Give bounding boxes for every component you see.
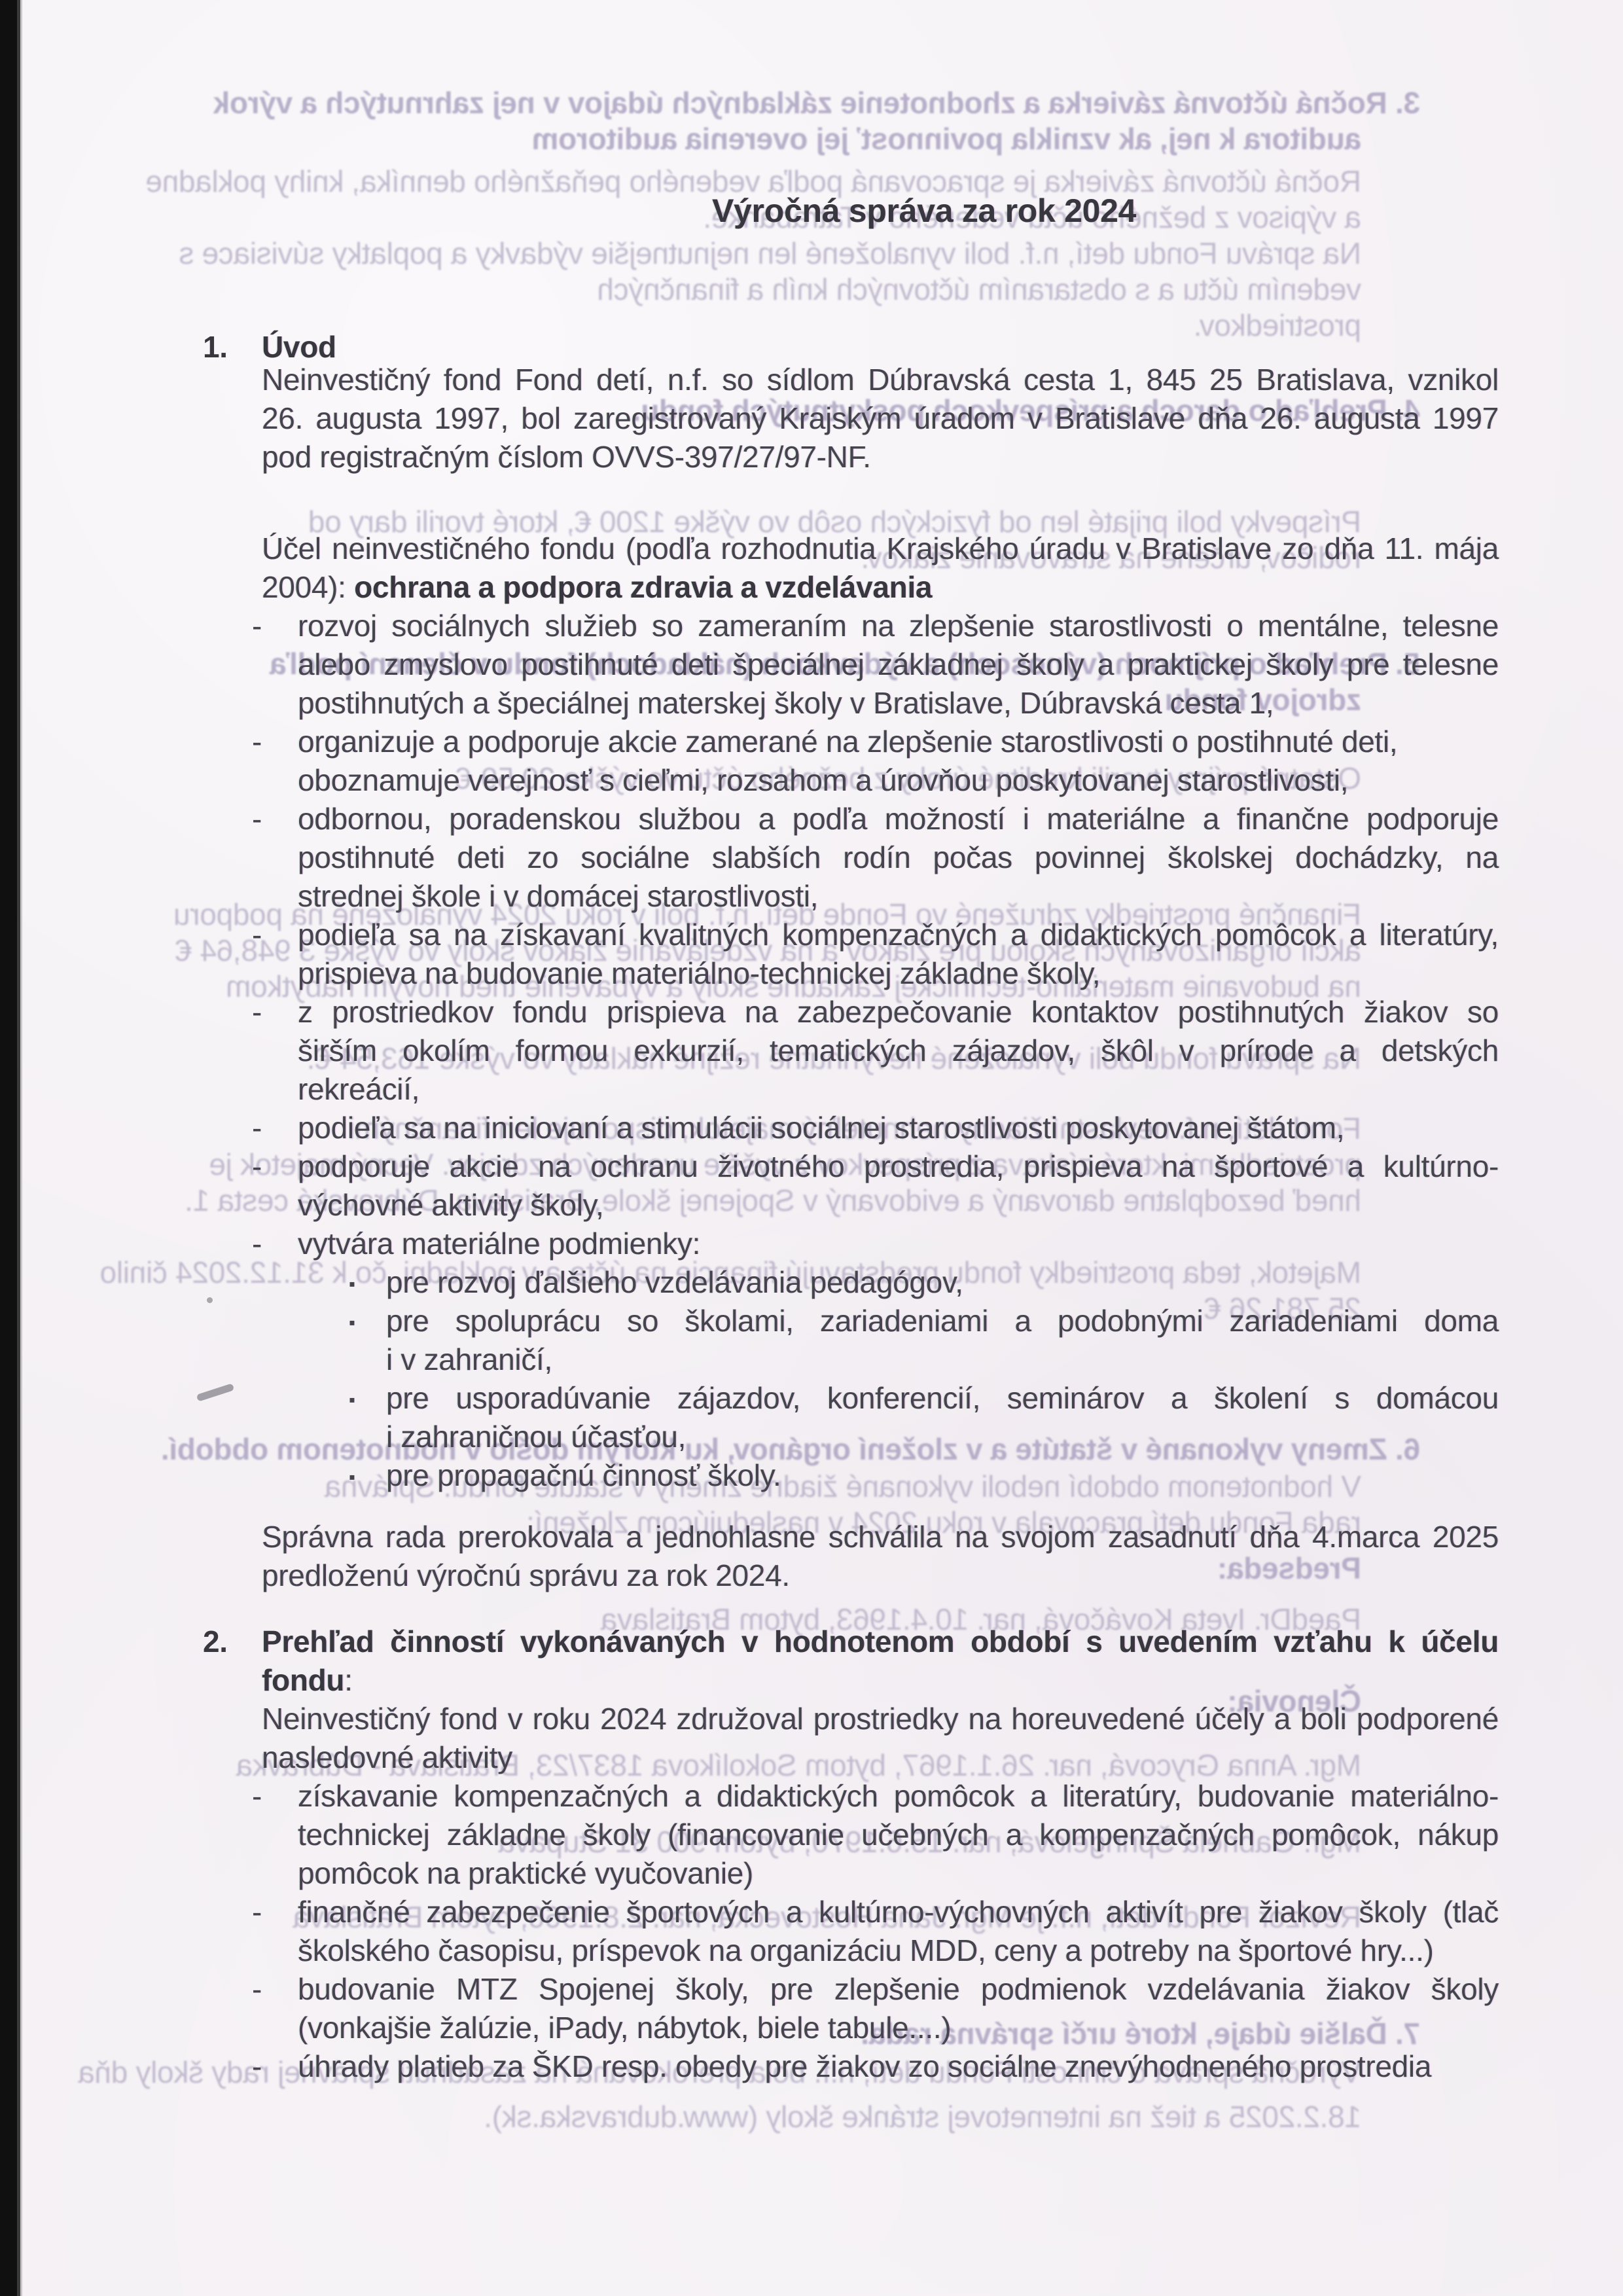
purpose-list: -rozvoj sociálnych služieb so zameraním … [252, 607, 1499, 1495]
dash-bullet-icon: - [252, 1147, 262, 1186]
purpose-paragraph: Účel neinvestičného fondu (podľa rozhodn… [262, 529, 1499, 607]
dash-bullet-icon: - [252, 916, 262, 954]
list-item: -získavanie kompenzačných a didaktických… [252, 1777, 1499, 1893]
text-run: pod registračným číslom OVVS-397/27/97-N… [262, 440, 871, 474]
text-run: podporuje akcie na ochranu životného pro… [298, 1149, 1499, 1183]
text-run: finančné zabezpečenie športových a kultú… [298, 1895, 1499, 1929]
text-line: podieľa sa na získavaní kvalitných kompe… [298, 916, 1499, 954]
text-line: širším okolím formou exkurzií, tematický… [298, 1031, 1499, 1070]
page: { "page": { "background_color": "#f4f0f4… [0, 0, 1623, 2296]
text-line: pre propagačnú činnosť školy. [386, 1456, 1499, 1495]
text-run: Neinvestičný fond v roku 2024 združoval … [262, 1702, 1499, 1736]
text-line: budovanie MTZ Spojenej školy, pre zlepše… [298, 1970, 1499, 2009]
text-line: i v zahraničí, [386, 1340, 1499, 1379]
dash-bullet-icon: - [252, 1225, 262, 1263]
text-line: prispieva na budovanie materiálno-techni… [298, 954, 1499, 993]
text-line: Prehľad činností vykonávaných v hodnoten… [203, 1623, 1499, 1661]
text-run: Úvod [262, 330, 336, 364]
text-line: odbornou, poradenskou službou a podľa mo… [298, 800, 1499, 838]
text-run: vytvára materiálne podmienky: [298, 1227, 700, 1261]
text-run: Výročná správa za rok 2024 [712, 192, 1136, 229]
text-line: postihnutých a špeciálnej materskej škol… [298, 684, 1499, 723]
text-line: Neinvestičný fond Fond detí, n.f. so síd… [262, 361, 1499, 399]
text-run: 26. augusta 1997, bol zaregistrovaný Kra… [262, 401, 1499, 435]
list-item: -podieľa sa na získavaní kvalitných komp… [252, 916, 1499, 993]
text-run: organizuje a podporuje akcie zamerané na… [298, 725, 1397, 759]
text-run: rozvoj sociálnych služieb so zameraním n… [298, 609, 1499, 643]
square-bullet-icon: ▪ [349, 1265, 355, 1303]
dash-bullet-icon: - [252, 607, 262, 645]
text-run: alebo zmyslovo postihnuté deti špeciálne… [298, 647, 1499, 681]
text-line: podieľa sa na iniciovaní a stimulácii so… [298, 1109, 1499, 1147]
text-run: Správna rada prerokovala a jednohlasne s… [262, 1520, 1499, 1554]
text-line: (vonkajšie žalúzie, iPady, nábytok, biel… [298, 2009, 1499, 2047]
list-item: ▪pre propagačnú činnosť školy. [349, 1456, 1499, 1495]
text-line: i zahraničnou účasťou, [386, 1418, 1499, 1456]
text-run: podieľa sa na získavaní kvalitných kompe… [298, 918, 1499, 952]
text-line: 2004): ochrana a podpora zdravia a vzdel… [262, 568, 1499, 607]
text-line: Účel neinvestičného fondu (podľa rozhodn… [262, 529, 1499, 568]
scan-dark-edge [0, 0, 22, 2296]
text-line: Výročná správa za rok 2024 [712, 190, 1136, 231]
square-bullet-icon: ▪ [349, 1303, 355, 1342]
text-run: postihnutých a špeciálnej materskej škol… [298, 686, 1274, 720]
text-run: (vonkajšie žalúzie, iPady, nábytok, biel… [298, 2011, 951, 2045]
text-line: finančné zabezpečenie športových a kultú… [298, 1893, 1499, 1931]
text-line: technickej základne školy (financovanie … [298, 1816, 1499, 1854]
text-run: Neinvestičný fond Fond detí, n.f. so síd… [262, 363, 1499, 397]
text-run: Účel neinvestičného fondu (podľa rozhodn… [262, 531, 1499, 565]
list-item: -úhrady platieb za ŠKD resp. obedy pre ž… [252, 2047, 1499, 2086]
dash-bullet-icon: - [252, 1109, 262, 1147]
activities-paragraph: Neinvestičný fond v roku 2024 združoval … [262, 1700, 1499, 1777]
text-run: 2004): [262, 570, 354, 604]
text-run: školského časopisu, príspevok na organiz… [298, 1933, 1434, 1967]
approval-paragraph: Správna rada prerokovala a jednohlasne s… [262, 1518, 1499, 1595]
text-run: odbornou, poradenskou službou a podľa mo… [298, 802, 1499, 836]
section-number: 1. [203, 328, 228, 367]
text-run: oboznamuje verejnosť s cieľmi, rozsahom … [298, 763, 1348, 797]
text-line: pre spoluprácu so školami, zariadeniami … [386, 1302, 1499, 1340]
list-item: ▪pre usporadúvanie zájazdov, konferencií… [349, 1379, 1499, 1456]
text-run: pomôcok na praktické vyučovanie) [298, 1856, 753, 1890]
list-item: -odbornou, poradenskou službou a podľa m… [252, 800, 1499, 916]
scan-speck [207, 1297, 213, 1303]
text-run: i v zahraničí, [386, 1342, 552, 1376]
list-item: -budovanie MTZ Spojenej školy, pre zlepš… [252, 1970, 1499, 2047]
text-line: pomôcok na praktické vyučovanie) [298, 1854, 1499, 1893]
dash-bullet-icon: - [252, 1970, 262, 2009]
text-run: technickej základne školy (financovanie … [298, 1818, 1499, 1852]
list-item: -vytvára materiálne podmienky: [252, 1225, 1499, 1263]
list-item: -podieľa sa na iniciovaní a stimulácii s… [252, 1109, 1499, 1147]
text-run: fondu [262, 1663, 344, 1697]
text-run: i zahraničnou účasťou, [386, 1420, 686, 1454]
text-run: pre propagačnú činnosť školy. [386, 1458, 781, 1492]
list-item: ▪pre rozvoj ďalšieho vzdelávania pedagóg… [349, 1263, 1499, 1302]
text-run: pre spoluprácu so školami, zariadeniami … [386, 1304, 1499, 1338]
list-item: -rozvoj sociálnych služieb so zameraním … [252, 607, 1499, 723]
dash-bullet-icon: - [252, 723, 262, 761]
text-line: školského časopisu, príspevok na organiz… [298, 1931, 1499, 1970]
text-run: rekreácií, [298, 1072, 419, 1106]
dash-bullet-icon: - [252, 993, 262, 1031]
text-line: pod registračným číslom OVVS-397/27/97-N… [262, 438, 1499, 476]
text-line: podporuje akcie na ochranu životného pro… [298, 1147, 1499, 1186]
text-line: rekreácií, [298, 1070, 1499, 1109]
text-line: postihnuté deti zo sociálne slabších rod… [298, 838, 1499, 877]
list-item: -z prostriedkov fondu prispieva na zabez… [252, 993, 1499, 1109]
text-line: pre rozvoj ďalšieho vzdelávania pedagógo… [386, 1263, 1499, 1302]
document-content: Výročná správa za rok 20241.ÚvodNeinvest… [0, 0, 1623, 2296]
list-item: -finančné zabezpečenie športových a kult… [252, 1893, 1499, 1970]
square-bullet-icon: ▪ [349, 1380, 355, 1419]
text-run: ochrana a podpora zdravia a vzdelávania [354, 570, 932, 604]
dash-bullet-icon: - [252, 1777, 262, 1816]
text-line: fondu: [203, 1661, 1499, 1700]
text-line: Neinvestičný fond v roku 2024 združoval … [262, 1700, 1499, 1738]
text-line: získavanie kompenzačných a didaktických … [298, 1777, 1499, 1816]
text-line: nasledovné aktivity [262, 1738, 1499, 1777]
text-run: budovanie MTZ Spojenej školy, pre zlepše… [298, 1972, 1499, 2006]
text-run: výchovné aktivity školy, [298, 1188, 603, 1222]
text-line: rozvoj sociálnych služieb so zameraním n… [298, 607, 1499, 645]
main-title: Výročná správa za rok 2024 [712, 190, 1136, 231]
text-line: oboznamuje verejnosť s cieľmi, rozsahom … [298, 761, 1499, 800]
text-line: Správna rada prerokovala a jednohlasne s… [262, 1518, 1499, 1556]
text-line: organizuje a podporuje akcie zamerané na… [298, 723, 1499, 761]
intro-paragraph: Neinvestičný fond Fond detí, n.f. so síd… [262, 361, 1499, 476]
text-run: predloženú výročnú správu za rok 2024. [262, 1558, 790, 1592]
dash-bullet-icon: - [252, 1893, 262, 1931]
text-run: z prostriedkov fondu prispieva na zabezp… [298, 995, 1499, 1029]
text-run: širším okolím formou exkurzií, tematický… [298, 1033, 1499, 1067]
text-run: pre usporadúvanie zájazdov, konferencií,… [386, 1381, 1499, 1415]
text-line: predloženú výročnú správu za rok 2024. [262, 1556, 1499, 1595]
list-item: ▪pre spoluprácu so školami, zariadeniami… [349, 1302, 1499, 1379]
text-run: prispieva na budovanie materiálno-techni… [298, 956, 1100, 990]
text-run: pre rozvoj ďalšieho vzdelávania pedagógo… [386, 1265, 963, 1299]
section-2-heading: 2.Prehľad činností vykonávaných v hodnot… [203, 1623, 1499, 1700]
text-run: úhrady platieb za ŠKD resp. obedy pre ži… [298, 2049, 1431, 2083]
text-line: úhrady platieb za ŠKD resp. obedy pre ži… [298, 2047, 1499, 2086]
square-bullet-icon: ▪ [349, 1458, 355, 1496]
text-run: : [344, 1663, 352, 1697]
text-run: Prehľad činností vykonávaných v hodnoten… [262, 1624, 1499, 1659]
text-line: z prostriedkov fondu prispieva na zabezp… [298, 993, 1499, 1031]
text-run: získavanie kompenzačných a didaktických … [298, 1779, 1499, 1813]
dash-bullet-icon: - [252, 800, 262, 838]
list-item: -podporuje akcie na ochranu životného pr… [252, 1147, 1499, 1225]
text-line: alebo zmyslovo postihnuté deti špeciálne… [298, 645, 1499, 684]
section-number: 2. [203, 1623, 228, 1661]
text-run: postihnuté deti zo sociálne slabších rod… [298, 840, 1499, 874]
text-line: 26. augusta 1997, bol zaregistrovaný Kra… [262, 399, 1499, 438]
activities-list: -získavanie kompenzačných a didaktických… [252, 1777, 1499, 2086]
text-run: strednej škole i v domácej starostlivost… [298, 879, 818, 913]
text-run: podieľa sa na iniciovaní a stimulácii so… [298, 1111, 1344, 1145]
text-line: strednej škole i v domácej starostlivost… [298, 877, 1499, 916]
dash-bullet-icon: - [252, 2047, 262, 2086]
text-line: výchovné aktivity školy, [298, 1186, 1499, 1225]
text-line: pre usporadúvanie zájazdov, konferencií,… [386, 1379, 1499, 1418]
text-line: vytvára materiálne podmienky: [298, 1225, 1499, 1263]
text-run: nasledovné aktivity [262, 1740, 512, 1774]
list-item: -organizuje a podporuje akcie zamerané n… [252, 723, 1499, 800]
